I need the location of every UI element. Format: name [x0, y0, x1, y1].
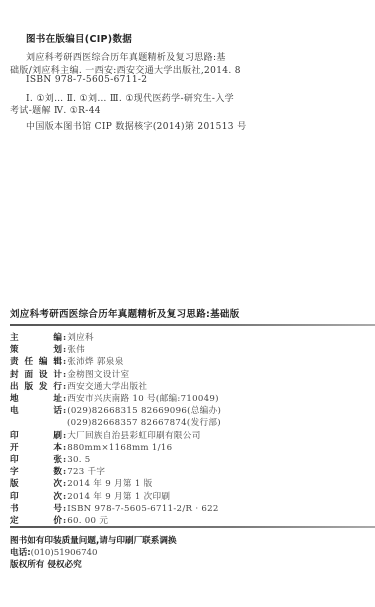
detail-colon: :	[63, 406, 66, 416]
book-title: 刘应科考研西医综合历年真题精析及复习思路:基础版	[10, 306, 240, 320]
detail-label-char: 责	[10, 355, 19, 367]
detail-colon: :	[63, 504, 66, 514]
detail-label-char: 辑	[53, 355, 62, 367]
detail-label-char: 号	[53, 502, 62, 514]
detail-label-char: 行	[53, 380, 62, 392]
quality-notice: 图书如有印装质量问题,请与印刷厂联系调换	[10, 534, 177, 546]
footer-phone-value: (010)51906740	[31, 548, 98, 558]
detail-label: 策划	[10, 343, 62, 355]
detail-row: 定价:60. 00 元	[10, 514, 108, 526]
detail-value: 30. 5	[67, 455, 90, 465]
detail-colon: :	[63, 370, 66, 380]
detail-value: 刘应科	[67, 331, 94, 343]
detail-value: 2014 年 9 月第 1 次印刷	[67, 490, 170, 502]
divider-bottom	[10, 526, 375, 528]
detail-label-char: 书	[10, 502, 19, 514]
detail-colon: :	[63, 333, 66, 343]
detail-label: 开本	[10, 441, 62, 453]
detail-row: 版次:2014 年 9 月第 1 版	[10, 477, 153, 489]
detail-label-char: 刷	[53, 429, 62, 441]
detail-value: (029)82668357 82667874(发行部)	[67, 416, 221, 428]
detail-label-char: 次	[53, 490, 62, 502]
detail-value: ISBN 978-7-5605-6711-2/R · 622	[67, 504, 219, 514]
detail-value: 张伟	[67, 343, 85, 355]
detail-label-char: 本	[53, 441, 62, 453]
detail-label-char: 策	[10, 343, 19, 355]
detail-label: 地址	[10, 392, 62, 404]
detail-label-char: 开	[10, 441, 19, 453]
detail-label: 印次	[10, 490, 62, 502]
cip-line: ISBN 978-7-5605-6711-2	[26, 75, 147, 85]
detail-label-char: 张	[53, 453, 62, 465]
detail-row: 书号:ISBN 978-7-5605-6711-2/R · 622	[10, 502, 219, 514]
detail-label: 责任编辑	[10, 355, 62, 367]
detail-label: 字数	[10, 465, 62, 477]
detail-label-char: 出	[10, 380, 19, 392]
detail-row: 策划:张伟	[10, 343, 85, 355]
detail-colon: :	[63, 382, 66, 392]
detail-row: 字数:723 千字	[10, 465, 105, 477]
detail-label: 主编	[10, 331, 62, 343]
detail-label-char: 印	[10, 429, 19, 441]
detail-value: (029)82668315 82669096(总编办)	[67, 404, 221, 416]
detail-row: 印次:2014 年 9 月第 1 次印刷	[10, 490, 170, 502]
detail-colon: :	[63, 492, 66, 502]
cip-line: 考试-题解 Ⅳ. ①R-44	[10, 103, 101, 116]
detail-row: 主编:刘应科	[10, 331, 94, 343]
detail-label-char: 编	[39, 355, 48, 367]
detail-label-char: 编	[53, 331, 62, 343]
detail-colon: :	[63, 479, 66, 489]
detail-colon: :	[63, 443, 66, 453]
detail-label-char: 封	[10, 368, 19, 380]
detail-colon	[63, 418, 66, 428]
detail-label-char: 话	[53, 404, 62, 416]
detail-value: 大厂回族自治县彩虹印刷有限公司	[67, 429, 200, 441]
detail-label: 电话	[10, 404, 62, 416]
detail-value: 金榜图文设计室	[67, 368, 129, 380]
detail-colon: :	[63, 394, 66, 404]
detail-label-char: 电	[10, 404, 19, 416]
detail-label-char: 印	[10, 490, 19, 502]
detail-label-char: 划	[53, 343, 62, 355]
detail-row: 印张:30. 5	[10, 453, 91, 465]
detail-colon: :	[63, 516, 66, 526]
detail-label-char: 发	[39, 380, 48, 392]
detail-value: 西安市兴庆南路 10 号(邮编:710049)	[67, 392, 219, 404]
detail-value: 880mm×1168mm 1/16	[67, 443, 172, 453]
detail-label-char: 印	[10, 453, 19, 465]
detail-label-char: 设	[39, 368, 48, 380]
detail-row: 开本:880mm×1168mm 1/16	[10, 441, 172, 453]
detail-label: 封面设计	[10, 368, 62, 380]
detail-label-char: 主	[10, 331, 19, 343]
detail-label-char: 定	[10, 514, 19, 526]
detail-label-char: 数	[53, 465, 62, 477]
detail-label-char: 字	[10, 465, 19, 477]
detail-label-char: 版	[10, 477, 19, 489]
divider-top	[10, 324, 375, 326]
detail-label-char: 址	[53, 392, 62, 404]
detail-row: 出版发行:西安交通大学出版社	[10, 380, 147, 392]
detail-label-char: 计	[53, 368, 62, 380]
detail-label: 书号	[10, 502, 62, 514]
detail-colon: :	[63, 431, 66, 441]
cip-heading: 图书在版编目(CIP)数据	[26, 31, 132, 45]
detail-label: 印张	[10, 453, 62, 465]
detail-label-char: 价	[53, 514, 62, 526]
detail-label-char: 任	[24, 355, 33, 367]
detail-colon: :	[63, 455, 66, 465]
detail-colon: :	[63, 467, 66, 477]
footer-phone-label: 电话:	[10, 548, 31, 558]
detail-label: 印刷	[10, 429, 62, 441]
detail-colon: :	[63, 345, 66, 355]
cip-line: 中国版本图书馆 CIP 数据核字(2014)第 201513 号	[26, 119, 246, 132]
detail-value: 60. 00 元	[67, 514, 108, 526]
detail-row: (029)82668357 82667874(发行部)	[10, 416, 221, 428]
detail-label-char: 版	[24, 380, 33, 392]
detail-label-char: 次	[53, 477, 62, 489]
detail-label-char: 面	[24, 368, 33, 380]
detail-row: 电话:(029)82668315 82669096(总编办)	[10, 404, 221, 416]
detail-value: 张沛烨 郭泉泉	[67, 355, 123, 367]
detail-label: 版次	[10, 477, 62, 489]
footer-phone: 电话:(010)51906740	[10, 546, 97, 558]
detail-row: 印刷:大厂回族自治县彩虹印刷有限公司	[10, 429, 201, 441]
cip-line: 刘应科考研西医综合历年真题精析及复习思路:基	[26, 50, 226, 63]
detail-row: 责任编辑:张沛烨 郭泉泉	[10, 355, 124, 367]
detail-value: 2014 年 9 月第 1 版	[67, 477, 152, 489]
detail-label-char: 地	[10, 392, 19, 404]
detail-value: 西安交通大学出版社	[67, 380, 147, 392]
detail-label: 定价	[10, 514, 62, 526]
detail-label: 出版发行	[10, 380, 62, 392]
copyright-notice: 版权所有 侵权必究	[10, 558, 82, 570]
detail-colon: :	[63, 357, 66, 367]
detail-row: 地址:西安市兴庆南路 10 号(邮编:710049)	[10, 392, 219, 404]
detail-value: 723 千字	[67, 465, 105, 477]
detail-row: 封面设计:金榜图文设计室	[10, 368, 129, 380]
